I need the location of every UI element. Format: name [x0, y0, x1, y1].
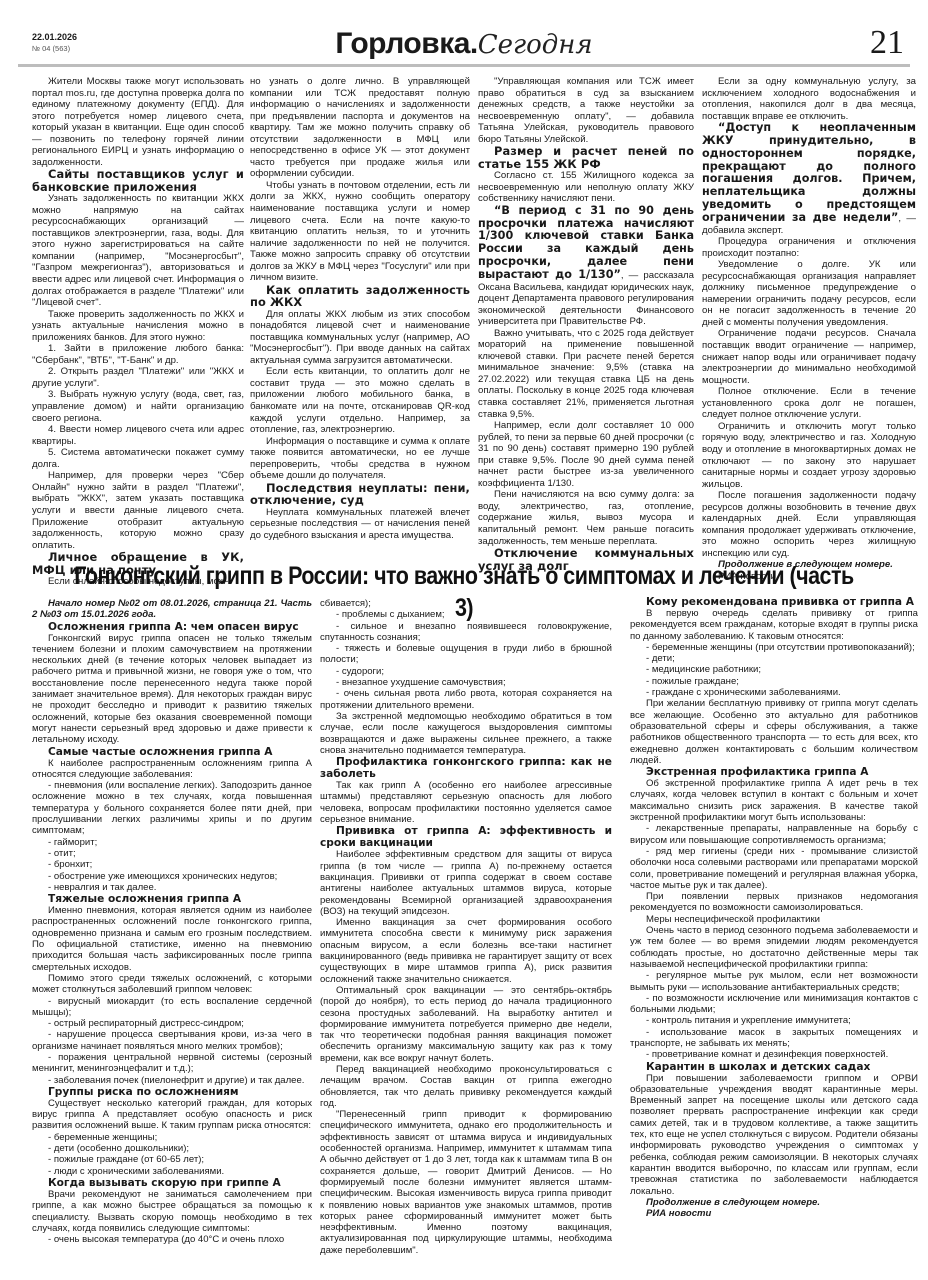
paragraph: Если есть квитанции, то оплатить долг не… [250, 366, 470, 435]
paragraph: - проблемы с дыханием; [320, 609, 612, 620]
paragraph: При желании бесплатную прививку от грипп… [630, 698, 918, 766]
paragraph: - обострение уже имеющихся хронических н… [32, 871, 312, 882]
article1-column-3: "Управляющая компания или ТСЖ имеет прав… [478, 76, 694, 572]
paragraph: За экстренной медпомощью необходимо обра… [320, 711, 612, 756]
paragraph: Например, если долг составляет 10 000 ру… [478, 420, 694, 489]
paragraph: - дети (особенно дошкольники); [32, 1143, 312, 1154]
paragraph: 3. Выбрать нужную услугу (вода, свет, га… [32, 389, 244, 424]
paragraph: - регулярное мытье рук мылом, если нет в… [630, 970, 918, 993]
paragraph: 1. Зайти в приложение любого банка: "Сбе… [32, 343, 244, 366]
section-heading: Сайты поставщиков услуг и банковские при… [32, 168, 244, 193]
section-heading: Последствия неуплаты: пени, отключение, … [250, 482, 470, 507]
paragraph: Меры неспецифической профилактики [630, 914, 918, 925]
article1-column-2: но узнать о долге лично. В управляющей к… [250, 76, 470, 541]
masthead: 22.01.2026 № 04 (563) Горловка.Сегодня 2… [0, 0, 928, 68]
bold-quote: “Доступ к неоплаченным ЖКУ принудительно… [702, 121, 916, 224]
paragraph: - тяжесть и болевые ощущения в груди либ… [320, 643, 612, 666]
paragraph: При повышении заболеваемости гриппом и О… [630, 1073, 918, 1197]
title-script: Сегодня [478, 30, 593, 60]
paragraph: Перед вакцинацией необходимо проконсульт… [320, 1064, 612, 1109]
paragraph: - люди с хроническими заболеваниями. [32, 1166, 312, 1177]
section-heading: Группы риска по осложнениям [32, 1086, 312, 1098]
paragraph: - пневмония (или воспаление легких). Зап… [32, 780, 312, 836]
section-heading: Размер и расчет пеней по статье 155 ЖК Р… [478, 145, 694, 170]
paragraph: - судороги; [320, 666, 612, 677]
paragraph: Согласно ст. 155 Жилищного кодекса за не… [478, 170, 694, 205]
paragraph: - беременные женщины; [32, 1132, 312, 1143]
paragraph: Гонконгский вирус гриппа опасен не тольк… [32, 633, 312, 746]
paragraph: - по возможности исключение или минимиза… [630, 993, 918, 1016]
paragraph: В первую очередь сделать прививку от гри… [630, 608, 918, 642]
section-heading: Карантин в школах и детских садах [630, 1061, 918, 1073]
paragraph: 5. Система автоматически покажет сумму д… [32, 447, 244, 470]
paragraph: - отит; [32, 848, 312, 859]
paragraph: - сильное и внезапно появившееся головок… [320, 621, 612, 644]
paragraph: Например, для проверки через "Сбер Онлай… [32, 470, 244, 551]
paragraph: но узнать о долге лично. В управляющей к… [250, 76, 470, 180]
section-heading: Как оплатить задолженность по ЖКХ [250, 284, 470, 309]
italic-note: Начало номер №02 от 08.01.2026, страница… [32, 598, 312, 621]
paragraph: Ограничить и отключить могут только горя… [702, 421, 916, 490]
section-heading: Профилактика гонконгского гриппа: как не… [320, 756, 612, 780]
paragraph: Существует несколько категорий граждан, … [32, 1098, 312, 1132]
paragraph: - нарушение процесса свертывания крови, … [32, 1029, 312, 1052]
paragraph: 4. Ввести номер лицевого счета или адрес… [32, 424, 244, 447]
paragraph: Если за одну коммунальную услугу, за иск… [702, 76, 916, 122]
paragraph: - проветривание комнат и дезинфекция пов… [630, 1049, 918, 1060]
paragraph: После погашения задолженности подачу рес… [702, 490, 916, 559]
paragraph: "Управляющая компания или ТСЖ имеет прав… [478, 76, 694, 145]
paragraph: - бронхит; [32, 859, 312, 870]
paragraph: Жители Москвы также могут использовать п… [32, 76, 244, 168]
pull-quote-paragraph: “Доступ к неоплаченным ЖКУ принудительно… [702, 122, 916, 236]
section-heading: Кому рекомендована прививка от гриппа А [630, 596, 918, 608]
paragraph: - невралгия и так далее. [32, 882, 312, 893]
section-heading: Прививка от гриппа А: эффективность и ср… [320, 825, 612, 849]
section-heading: Тяжелые осложнения гриппа А [32, 893, 312, 905]
paragraph: Ограничение подачи ресурсов. Сначала пос… [702, 328, 916, 386]
paragraph: - дети; [630, 653, 918, 664]
paragraph: Узнать задолженность по квитанции ЖКХ мо… [32, 193, 244, 308]
newspaper-title: Горловка.Сегодня [0, 26, 928, 63]
paragraph: Врачи рекомендуют не заниматься самолече… [32, 1189, 312, 1234]
article2-column-1: Начало номер №02 от 08.01.2026, страница… [32, 598, 312, 1245]
paragraph: Именно вакцинация за счет формирования о… [320, 917, 612, 985]
paragraph: Наиболее эффективным средством для защит… [320, 849, 612, 917]
paragraph: К наиболее распространенным осложнениям … [32, 758, 312, 781]
pull-quote-paragraph: “В период с 31 по 90 день просрочки плат… [478, 205, 694, 328]
paragraph: - беременные женщины (при отсутствии про… [630, 642, 918, 653]
title-main: Горловка. [335, 27, 477, 60]
section-heading: Самые частые осложнения гриппа А [32, 746, 312, 758]
italic-note: РИА новости [630, 1208, 918, 1219]
paragraph: сбивается); [320, 598, 612, 609]
paragraph: Именно пневмония, которая является одним… [32, 905, 312, 973]
page-number: 21 [870, 24, 904, 62]
paragraph: При появлении первых признаков недомоган… [630, 891, 918, 914]
paragraph: Чтобы узнать в почтовом отделении, есть … [250, 180, 470, 284]
article1-column-1: Жители Москвы также могут использовать п… [32, 76, 244, 588]
paragraph: Оптимальный срок вакцинации — это сентяб… [320, 985, 612, 1064]
paragraph: Уведомление о долге. УК или ресурсоснабж… [702, 259, 916, 328]
paragraph: Также проверить задолженность по ЖКХ и у… [32, 309, 244, 344]
paragraph: - использование масок в закрытых помещен… [630, 1027, 918, 1050]
paragraph: - пожилые граждане (от 60-65 лет); [32, 1154, 312, 1165]
paragraph: Важно учитывать, что с 2025 года действу… [478, 328, 694, 420]
paragraph: - внезапное ухудшение самочувствия; [320, 677, 612, 688]
paragraph: Так как грипп А (особенно его наиболее а… [320, 780, 612, 825]
paragraph: - контроль питания и укрепление иммуните… [630, 1015, 918, 1026]
paragraph: - заболевания почек (пиелонефрит и други… [32, 1075, 312, 1086]
paragraph: - очень высокая температура (до 40°С и о… [32, 1234, 312, 1245]
paragraph: - гайморит; [32, 837, 312, 848]
paragraph: Об экстренной профилактике гриппа А идет… [630, 778, 918, 823]
paragraph: - острый респираторный дистресс-синдром; [32, 1018, 312, 1029]
article2-column-2: сбивается);- проблемы с дыханием;- сильн… [320, 598, 612, 1256]
paragraph: Неуплата коммунальных платежей влечет се… [250, 507, 470, 542]
paragraph: - лекарственные препараты, направленные … [630, 823, 918, 846]
paragraph: - ряд мер гигиены (среди них - промывани… [630, 846, 918, 891]
paragraph: Очень часто в период сезонного подъема з… [630, 925, 918, 970]
paragraph: - очень сильная рвота либо рвота, котора… [320, 688, 612, 711]
paragraph: "Перенесенный грипп приводит к формирова… [320, 1109, 612, 1256]
paragraph: Для оплаты ЖКХ любым из этих способом по… [250, 309, 470, 367]
paragraph: Процедура ограничения и отключения проис… [702, 236, 916, 259]
paragraph: Полное отключение. Если в течение устано… [702, 386, 916, 421]
paragraph: - медицинские работники; [630, 664, 918, 675]
paragraph: Информация о поставщике и сумма к оплате… [250, 436, 470, 482]
section-heading: Когда вызывать скорую при гриппе А [32, 1177, 312, 1189]
paragraph: - граждане с хроническими заболеваниями. [630, 687, 918, 698]
article2-column-3: Кому рекомендована прививка от гриппа АВ… [630, 596, 918, 1219]
paragraph: - поражения центральной нервной системы … [32, 1052, 312, 1075]
italic-note: Продолжение в следующем номере. [630, 1197, 918, 1208]
article1-column-4: Если за одну коммунальную услугу, за иск… [702, 76, 916, 583]
paragraph: Помимо этого среди тяжелых осложнений, с… [32, 973, 312, 996]
paragraph: - вирусный миокардит (то есть воспаление… [32, 996, 312, 1019]
section-heading: Осложнения гриппа А: чем опасен вирус [32, 621, 312, 633]
paragraph: Пени начисляются на всю сумму долга: за … [478, 489, 694, 547]
paragraph: - пожилые граждане; [630, 676, 918, 687]
paragraph: 2. Открыть раздел "Платежи" или "ЖКХ и д… [32, 366, 244, 389]
masthead-divider [18, 64, 910, 67]
section-heading: Экстренная профилактика гриппа А [630, 766, 918, 778]
